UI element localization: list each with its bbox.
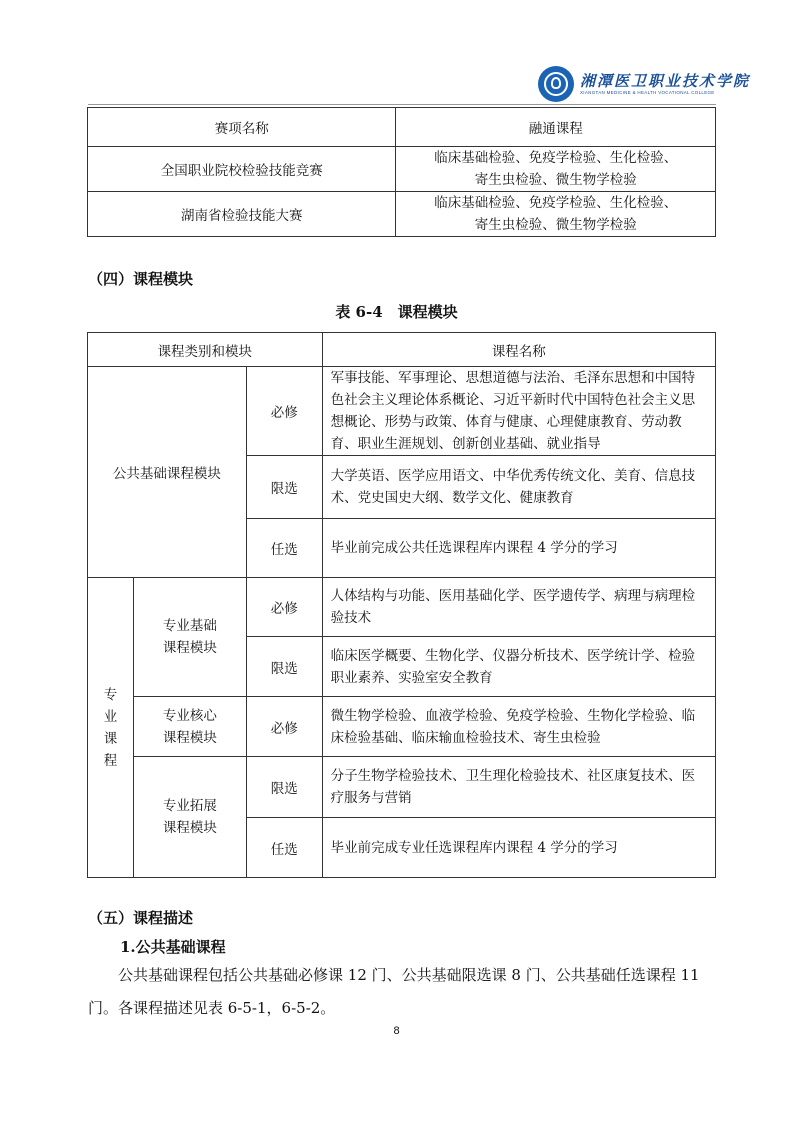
body-paragraph: 公共基础课程包括公共基础必修课 12 门、公共基础限选课 8 门、公共基础任选课… [88, 959, 718, 1025]
course-list: 大学英语、医学应用语文、中华优秀传统文化、美育、信息技术、党史国史大纲、数学文化… [322, 456, 715, 519]
column-header: 赛项名称 [88, 108, 396, 147]
label-char: 业 [98, 706, 122, 728]
label-char: 课 [98, 728, 122, 750]
course-module-table: 课程类别和模块 课程名称 公共基础课程模块 必修 军事技能、军事理论、思想道德与… [87, 332, 716, 878]
module-label: 专业核心 课程模块 [133, 697, 246, 757]
college-logo: 湘潭医卫职业技术学院 XIANGTAN MEDICINE & HEALTH VO… [538, 66, 750, 102]
column-header: 课程类别和模块 [88, 333, 323, 367]
course-type: 限选 [246, 757, 322, 818]
subsection-heading: 1.公共基础课程 [120, 936, 226, 957]
module-label: 专业基础 课程模块 [133, 578, 246, 697]
table-header-row: 课程类别和模块 课程名称 [88, 333, 716, 367]
competition-table: 赛项名称 融通课程 全国职业院校检验技能竞赛 临床基础检验、免疫学检验、生化检验… [87, 107, 716, 237]
table-row: 湖南省检验技能大赛 临床基础检验、免疫学检验、生化检验、 寄生虫检验、微生物学检… [88, 192, 716, 237]
college-name-cn: 湘潭医卫职业技术学院 [580, 73, 750, 89]
course-list: 毕业前完成专业任选课程库内课程 4 学分的学习 [322, 818, 715, 878]
linked-courses: 临床基础检验、免疫学检验、生化检验、 寄生虫检验、微生物学检验 [396, 147, 716, 192]
courses-line: 寄生虫检验、微生物学检验 [396, 214, 715, 236]
label-char: 程 [98, 750, 122, 772]
course-type: 限选 [246, 456, 322, 519]
page-number: 8 [0, 1025, 793, 1037]
table-row: 全国职业院校检验技能竞赛 临床基础检验、免疫学检验、生化检验、 寄生虫检验、微生… [88, 147, 716, 192]
column-header: 融通课程 [396, 108, 716, 147]
courses-line: 临床基础检验、免疫学检验、生化检验、 [396, 147, 715, 169]
label-line: 专业核心 [134, 705, 246, 727]
course-list: 人体结构与功能、医用基础化学、医学遗传学、病理与病理检验技术 [322, 578, 715, 637]
table-row: 公共基础课程模块 必修 军事技能、军事理论、思想道德与法治、毛泽东思想和中国特色… [88, 367, 716, 456]
courses-line: 寄生虫检验、微生物学检验 [396, 169, 715, 191]
linked-courses: 临床基础检验、免疫学检验、生化检验、 寄生虫检验、微生物学检验 [396, 192, 716, 237]
label-line: 专业基础 [134, 615, 246, 637]
college-name-en: XIANGTAN MEDICINE & HEALTH VOCATIONAL CO… [580, 89, 750, 96]
course-list: 临床医学概要、生物化学、仪器分析技术、医学统计学、检验职业素养、实验室安全教育 [322, 637, 715, 697]
table-header-row: 赛项名称 融通课程 [88, 108, 716, 147]
competition-name: 湖南省检验技能大赛 [88, 192, 396, 237]
label-line: 课程模块 [134, 637, 246, 659]
college-emblem-icon [538, 66, 574, 102]
label-line: 专业拓展 [134, 795, 246, 817]
courses-line: 临床基础检验、免疫学检验、生化检验、 [396, 192, 715, 214]
module-label: 专业拓展 课程模块 [133, 757, 246, 878]
course-list: 毕业前完成公共任选课程库内课程 4 学分的学习 [322, 519, 715, 578]
course-type: 必修 [246, 367, 322, 456]
module-label: 公共基础课程模块 [88, 367, 247, 578]
course-type: 任选 [246, 818, 322, 878]
table-row: 专业核心 课程模块 必修 微生物学检验、血液学检验、免疫学检验、生物化学检验、临… [88, 697, 716, 757]
competition-name: 全国职业院校检验技能竞赛 [88, 147, 396, 192]
course-type: 必修 [246, 697, 322, 757]
section-heading: （四）课程模块 [88, 268, 193, 289]
table-row: 专业拓展 课程模块 限选 分子生物学检验技术、卫生理化检验技术、社区康复技术、医… [88, 757, 716, 818]
course-type: 必修 [246, 578, 322, 637]
course-list: 军事技能、军事理论、思想道德与法治、毛泽东思想和中国特色社会主义理论体系概论、习… [322, 367, 715, 456]
table-row: 专 业 课 程 专业基础 课程模块 必修 人体结构与功能、医用基础化学、医学遗传… [88, 578, 716, 637]
section-heading: （五）课程描述 [88, 907, 193, 928]
column-header: 课程名称 [322, 333, 715, 367]
course-type: 任选 [246, 519, 322, 578]
header-divider [88, 104, 716, 105]
course-type: 限选 [246, 637, 322, 697]
category-label-professional: 专 业 课 程 [88, 578, 134, 878]
course-list: 微生物学检验、血液学检验、免疫学检验、生物化学检验、临床检验基础、临床输血检验技… [322, 697, 715, 757]
label-line: 课程模块 [134, 817, 246, 839]
course-list: 分子生物学检验技术、卫生理化检验技术、社区康复技术、医疗服务与营销 [322, 757, 715, 818]
label-line: 课程模块 [134, 727, 246, 749]
table-caption: 表 6-4 课程模块 [0, 301, 793, 322]
label-char: 专 [98, 684, 122, 706]
